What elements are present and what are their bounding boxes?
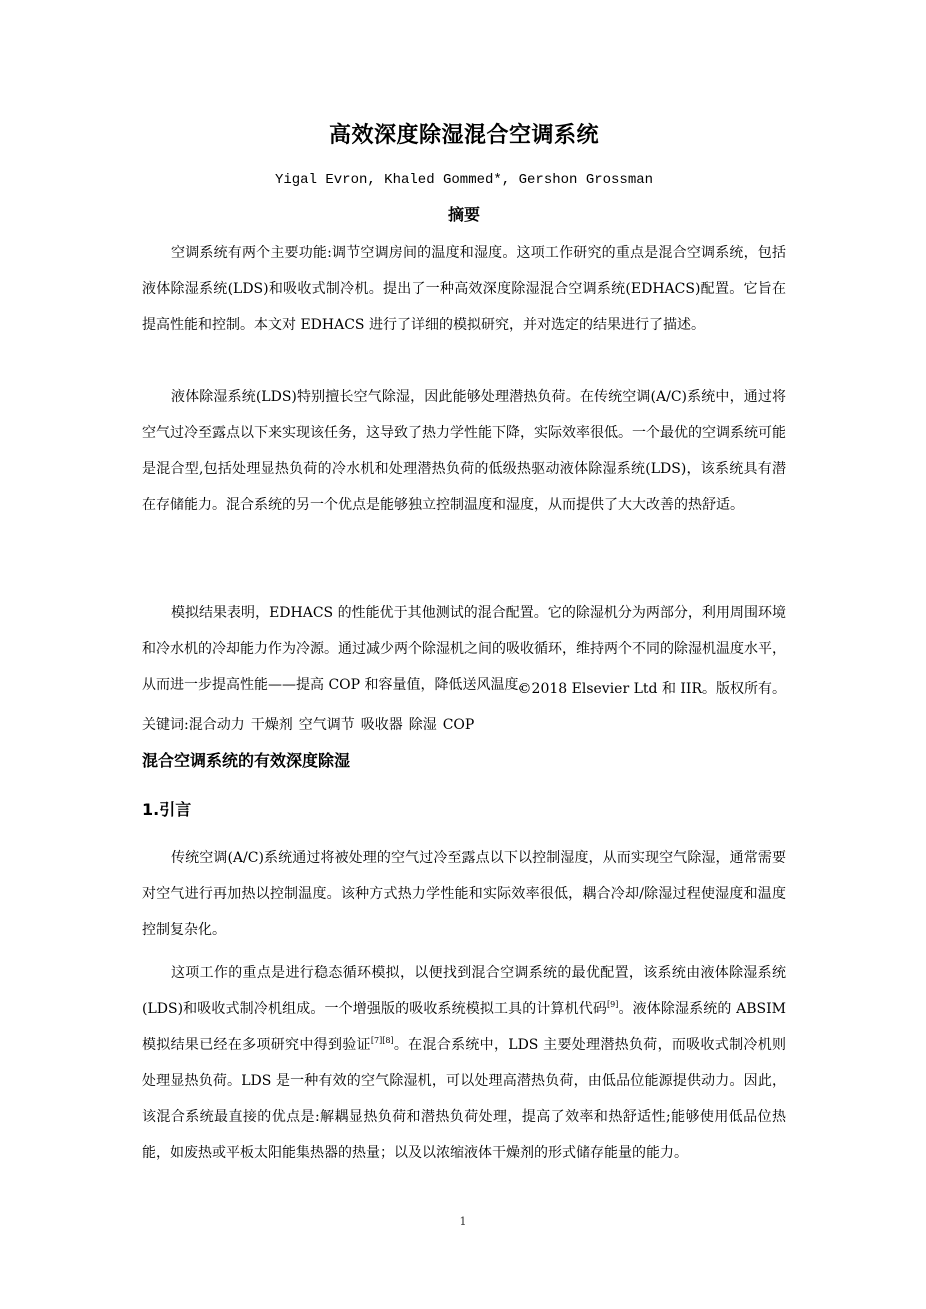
citation-7-8[interactable]: [7][8] [371, 1036, 394, 1045]
author-list: Yigal Evron, Khaled Gommed*, Gershon Gro… [142, 170, 786, 190]
intro-paragraph-1: 传统空调(A/C)系统通过将被处理的空气过冷至露点以下以控制湿度，从而实现空气除… [142, 840, 786, 948]
keyword: 除湿 [409, 717, 437, 733]
intro-heading: 1.引言 [142, 797, 191, 823]
intro-paragraph-2: 这项工作的重点是进行稳态循环模拟，以便找到混合空调系统的最优配置，该系统由液体除… [142, 955, 786, 1171]
keyword: COP [443, 717, 475, 733]
copyright-notice: ©2018 Elsevier Ltd 和 IIR。版权所有。 [142, 675, 786, 703]
abstract-paragraph-2: 液体除湿系统(LDS)特别擅长空气除湿，因此能够处理潜热负荷。在传统空调(A/C… [142, 379, 786, 523]
keyword: 混合动力 [189, 717, 245, 733]
paper-title: 高效深度除湿混合空调系统 [142, 121, 786, 151]
citation-9[interactable]: [9] [607, 1000, 618, 1009]
keywords-line: 关键词:混合动力干燥剂空气调节吸收器除湿COP [142, 711, 786, 739]
page-number: 1 [450, 1215, 476, 1229]
intro-paragraph-2-text: 。在混合系统中，LDS 主要处理潜热负荷，而吸收式制冷机则处理显热负荷。LDS … [142, 1037, 786, 1161]
abstract-paragraph-1: 空调系统有两个主要功能:调节空调房间的温度和湿度。这项工作研究的重点是混合空调系… [142, 235, 786, 343]
keyword: 空气调节 [299, 717, 355, 733]
keyword: 干燥剂 [251, 717, 293, 733]
section-title: 混合空调系统的有效深度除湿 [142, 748, 350, 774]
abstract-heading: 摘要 [142, 203, 786, 227]
keywords-label: 关键词: [142, 717, 189, 733]
keyword: 吸收器 [361, 717, 403, 733]
